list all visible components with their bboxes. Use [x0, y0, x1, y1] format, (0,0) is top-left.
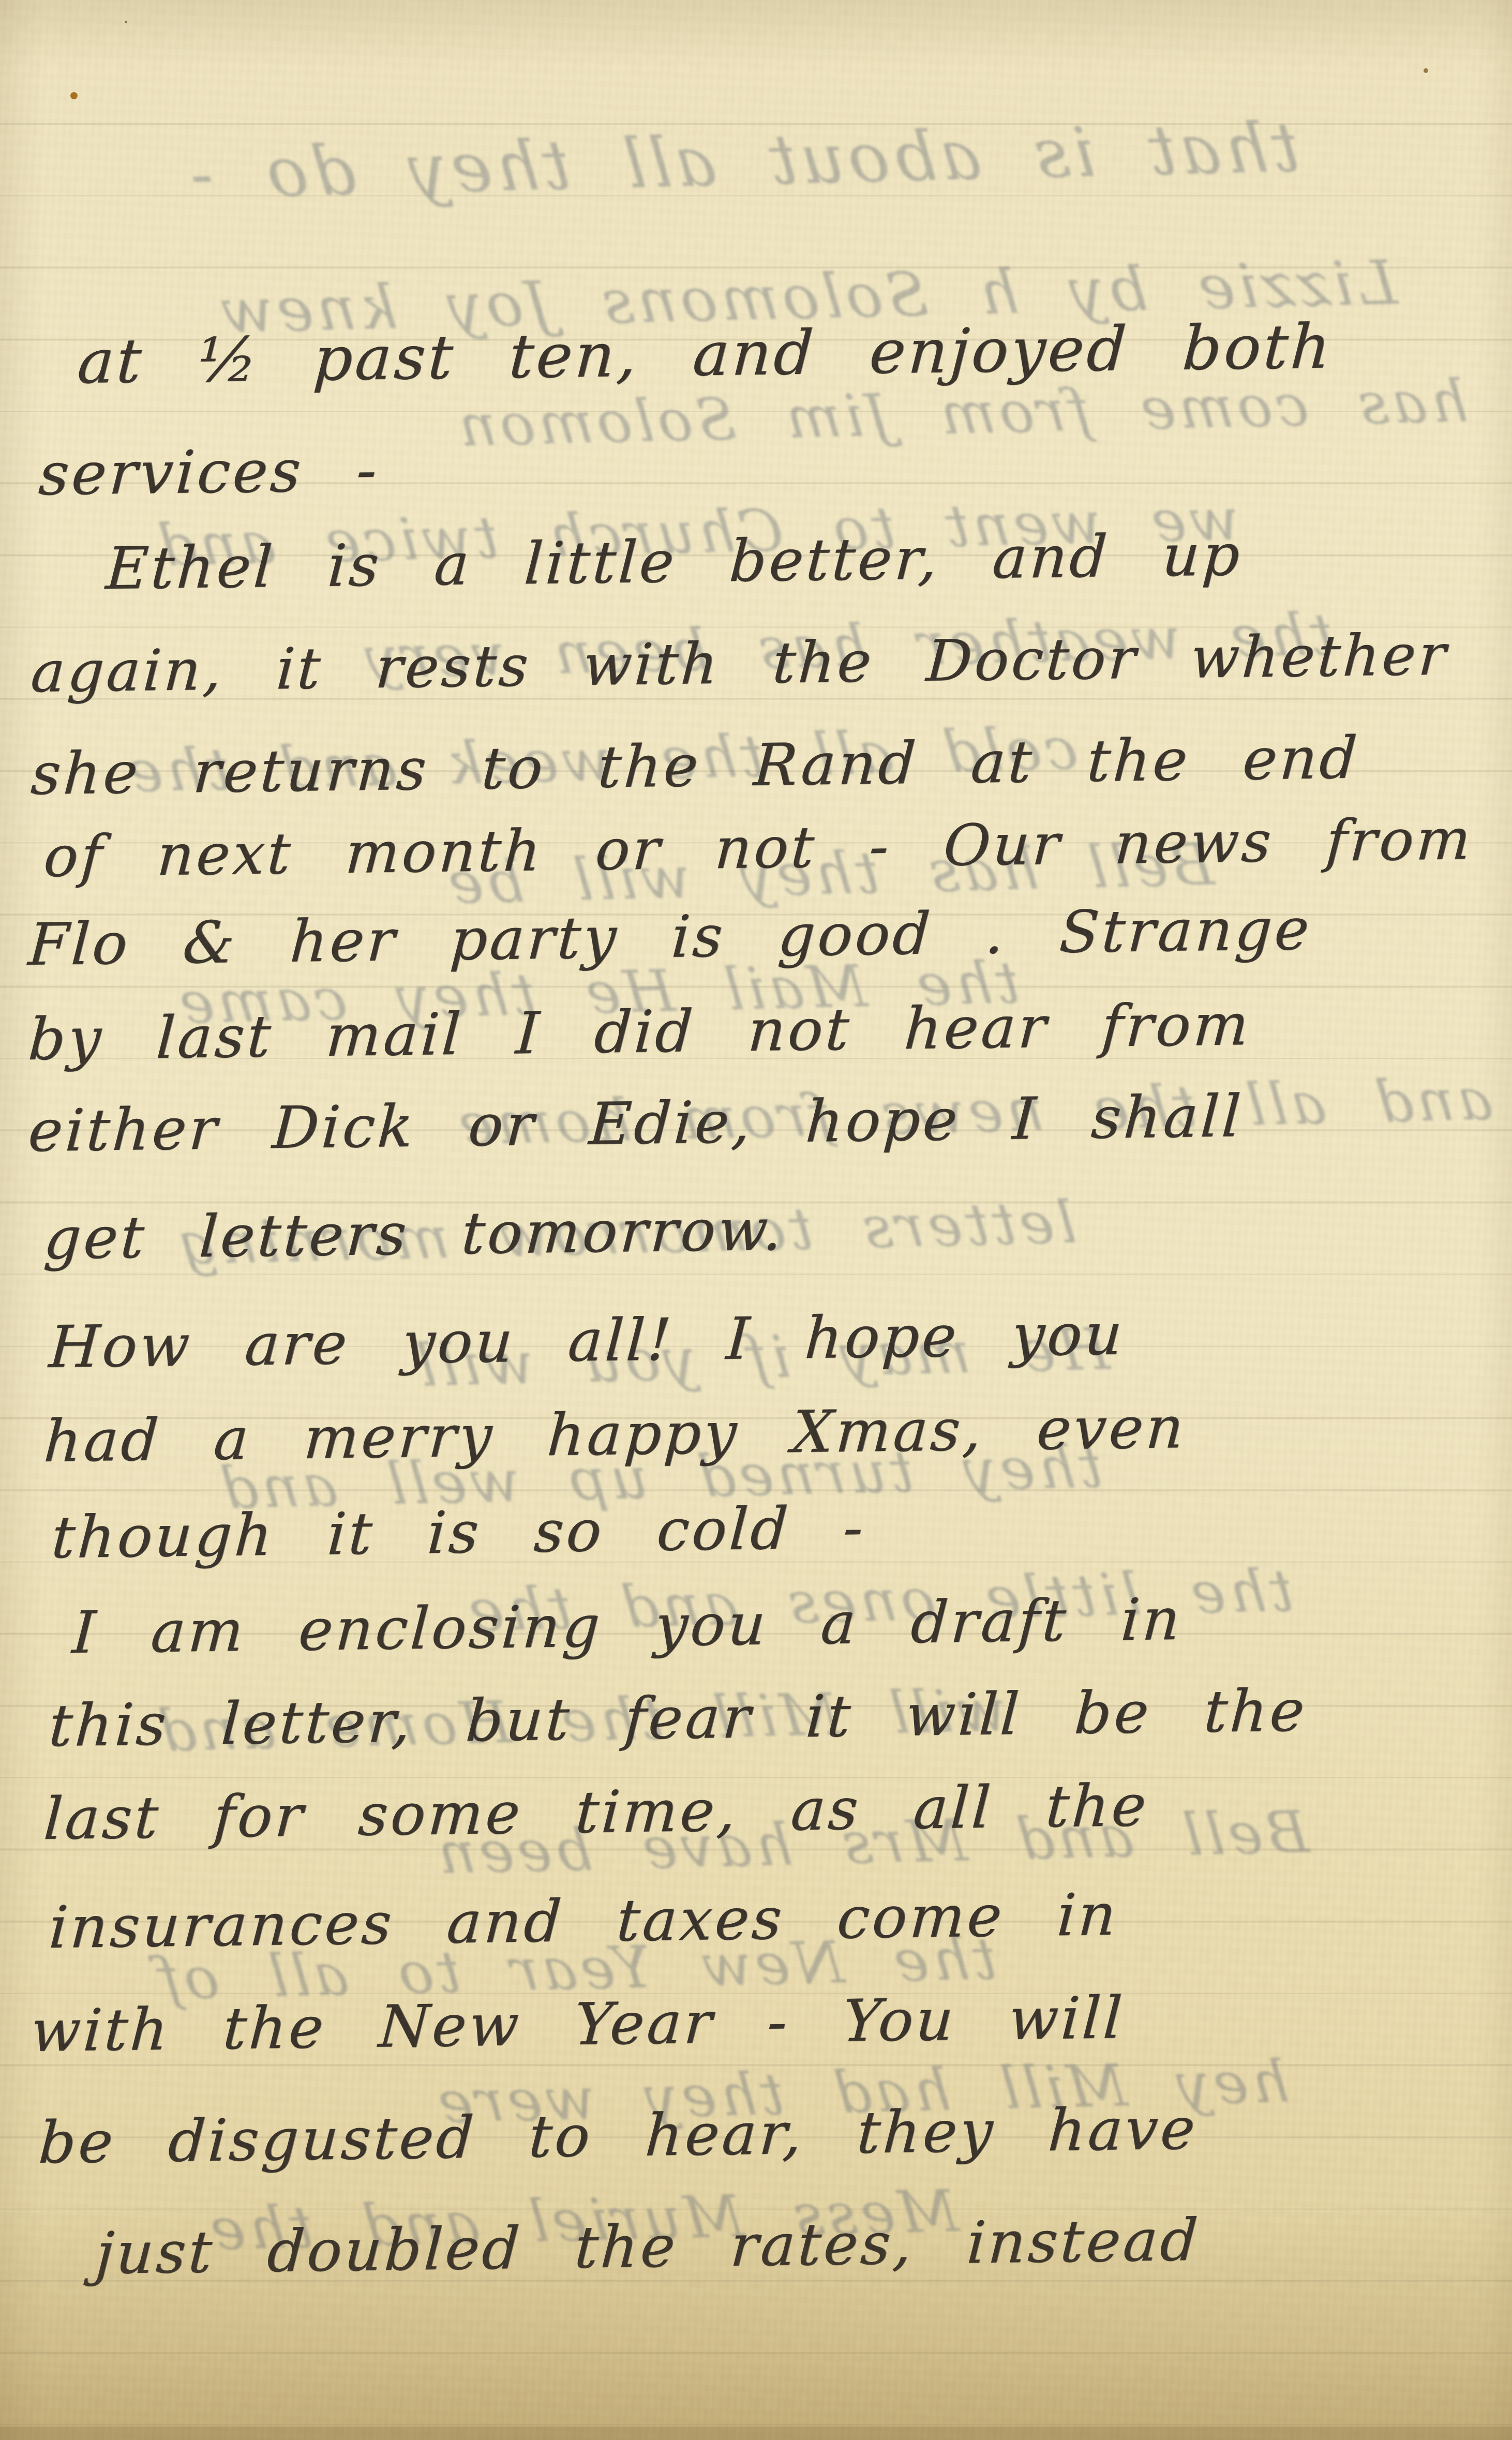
paper-grain-texture	[0, 0, 1512, 2440]
letter-page: that is about all they do -Lizzie by h S…	[0, 0, 1512, 2440]
